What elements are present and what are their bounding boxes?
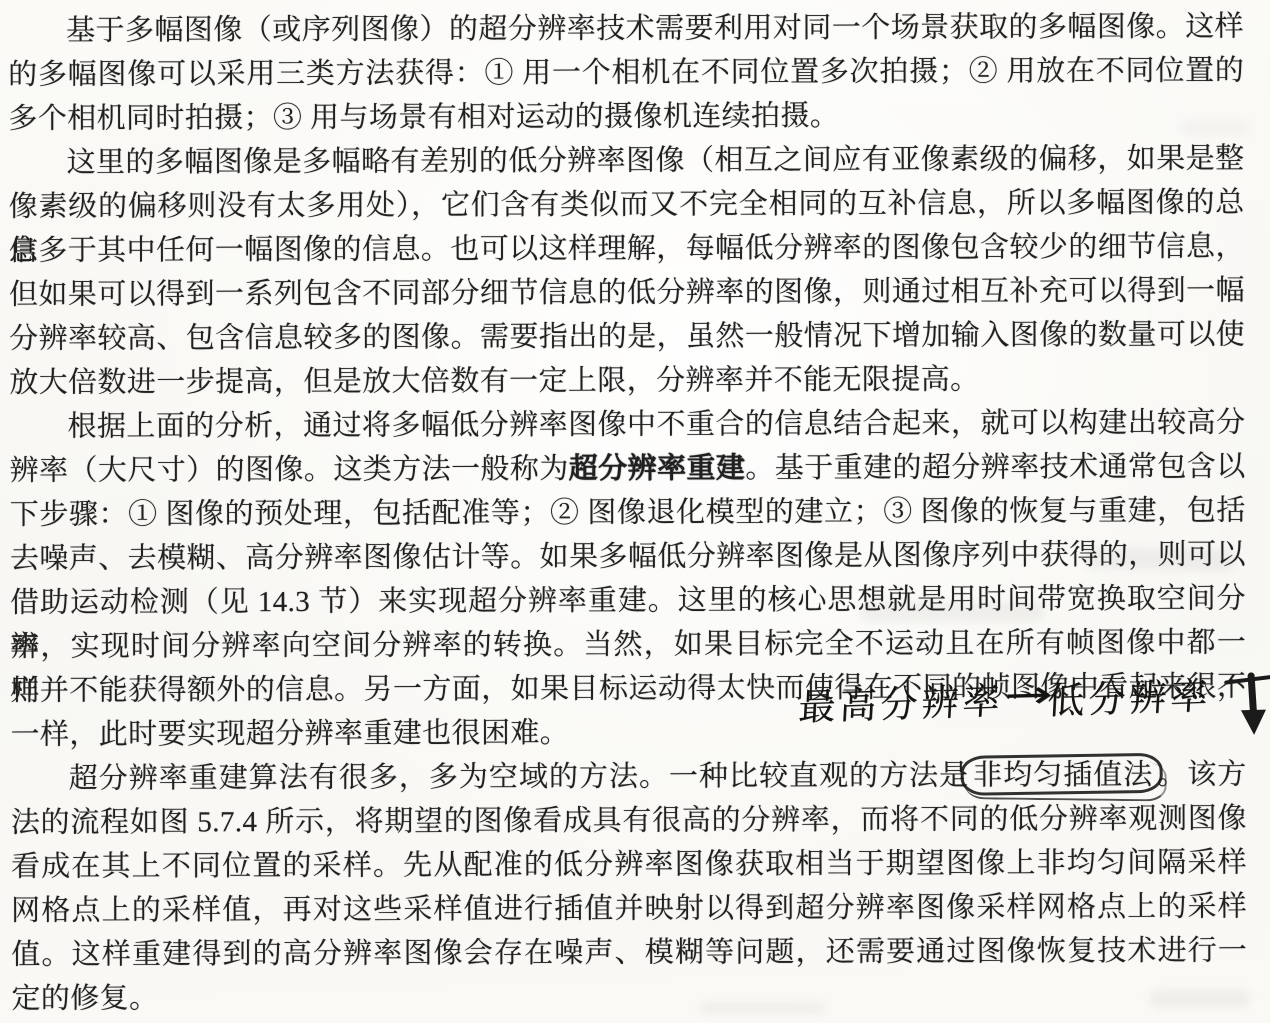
line-segment: 。基于重建的超分辨率技术通常包含以 <box>745 451 1245 485</box>
line-segment: 超分辨率重建算法有很多，多为空域的方法。一种比较直观的方法是 <box>69 760 970 795</box>
text-line: 率，实现时间分辨率向空间分辨率的转换。当然，如果目标完全不运动且在所有帧图像中都… <box>10 621 1246 669</box>
scanned-book-page: 基于多幅图像（或序列图像）的超分辨率技术需要利用对同一个场景获取的多幅图像。这样… <box>0 0 1270 1023</box>
text-line: 法的流程如图 5.7.4 所示，将期望的图像看成具有很高的分辨率，而将不同的低分… <box>11 797 1247 845</box>
line-segment: 辨率（大尺寸）的图像。这类方法一般称为 <box>10 453 569 487</box>
line-segment: 。该方 <box>1157 759 1247 791</box>
handwritten-text: 最高分辨率 <box>797 670 1005 731</box>
text-line: 根据上面的分析，通过将多幅低分辨率图像中不重合的信息结合起来，就可以构建出较高分 <box>9 401 1245 449</box>
text-line: 看成在其上不同位置的采样。先从配准的低分辨率图像获取相当于期望图像上非均匀间隔采… <box>11 841 1247 889</box>
text-line: 基于多幅图像（或序列图像）的超分辨率技术需要利用对同一个场景获取的多幅图像。这样 <box>8 5 1244 53</box>
text-line: 像素级的偏移则没有太多用处），它们含有类似而又不完全相同的互补信息，所以多幅图像… <box>9 181 1245 229</box>
down-arrow-icon <box>1221 663 1270 743</box>
text-line: 辨率（大尺寸）的图像。这类方法一般称为超分辨率重建。基于重建的超分辨率技术通常包… <box>10 445 1246 493</box>
text-line: 下步骤：① 图像的预处理，包括配准等；② 图像退化模型的建立；③ 图像的恢复与重… <box>10 489 1246 537</box>
body-text: 基于多幅图像（或序列图像）的超分辨率技术需要利用对同一个场景获取的多幅图像。这样… <box>8 5 1248 1021</box>
text-line: 的多幅图像可以采用三类方法获得：① 用一个相机在不同位置多次拍摄；② 用放在不同… <box>8 49 1244 97</box>
hand-circled-phrase: 非均匀插值法 <box>969 759 1157 792</box>
text-line: 借助运动检测（见 14.3 节）来实现超分辨率重建。这里的核心思想就是用时间带宽… <box>10 577 1246 625</box>
bold-term: 超分辨率重建 <box>569 452 746 485</box>
text-line: 放大倍数进一步提高，但是放大倍数有一定上限，分辨率并不能无限提高。 <box>9 357 1245 405</box>
text-line: 这里的多幅图像是多幅略有差别的低分辨率图像（相互之间应有亚像素级的偏移，如果是整 <box>8 137 1244 185</box>
text-line: 息多于其中任何一幅图像的信息。也可以这样理解，每幅低分辨率的图像包含较少的细节信… <box>9 225 1245 273</box>
handwritten-annotation: 最高分辨率 → 低分辨率 高分辨率 <box>798 659 1270 754</box>
text-line: 但如果可以得到一系列包含不同部分细节信息的低分辨率的图像，则通过相互补充可以得到… <box>9 269 1245 317</box>
handwritten-text: 低分辨率 <box>1046 665 1213 725</box>
text-line: 去噪声、去模糊、高分辨率图像估计等。如果多幅低分辨率图像是从图像序列中获得的，则… <box>10 533 1246 581</box>
text-line: 多个相机同时拍摄；③ 用与场景有相对运动的摄像机连续拍摄。 <box>8 93 1244 141</box>
text-line: 超分辨率重建算法有很多，多为空域的方法。一种比较直观的方法是非均匀插值法。该方 <box>11 753 1247 801</box>
text-line: 分辨率较高、包含信息较多的图像。需要指出的是，虽然一般情况下增加输入图像的数量可… <box>9 313 1245 361</box>
text-line: 值。这样重建得到的高分辨率图像会存在噪声、模糊等问题，还需要通过图像恢复技术进行… <box>11 929 1247 977</box>
text-line: 定的修复。 <box>11 973 1247 1021</box>
text-line: 网格点上的采样值，再对这些采样值进行插值并映射以得到超分辨率图像采样网格点上的采… <box>11 885 1247 933</box>
